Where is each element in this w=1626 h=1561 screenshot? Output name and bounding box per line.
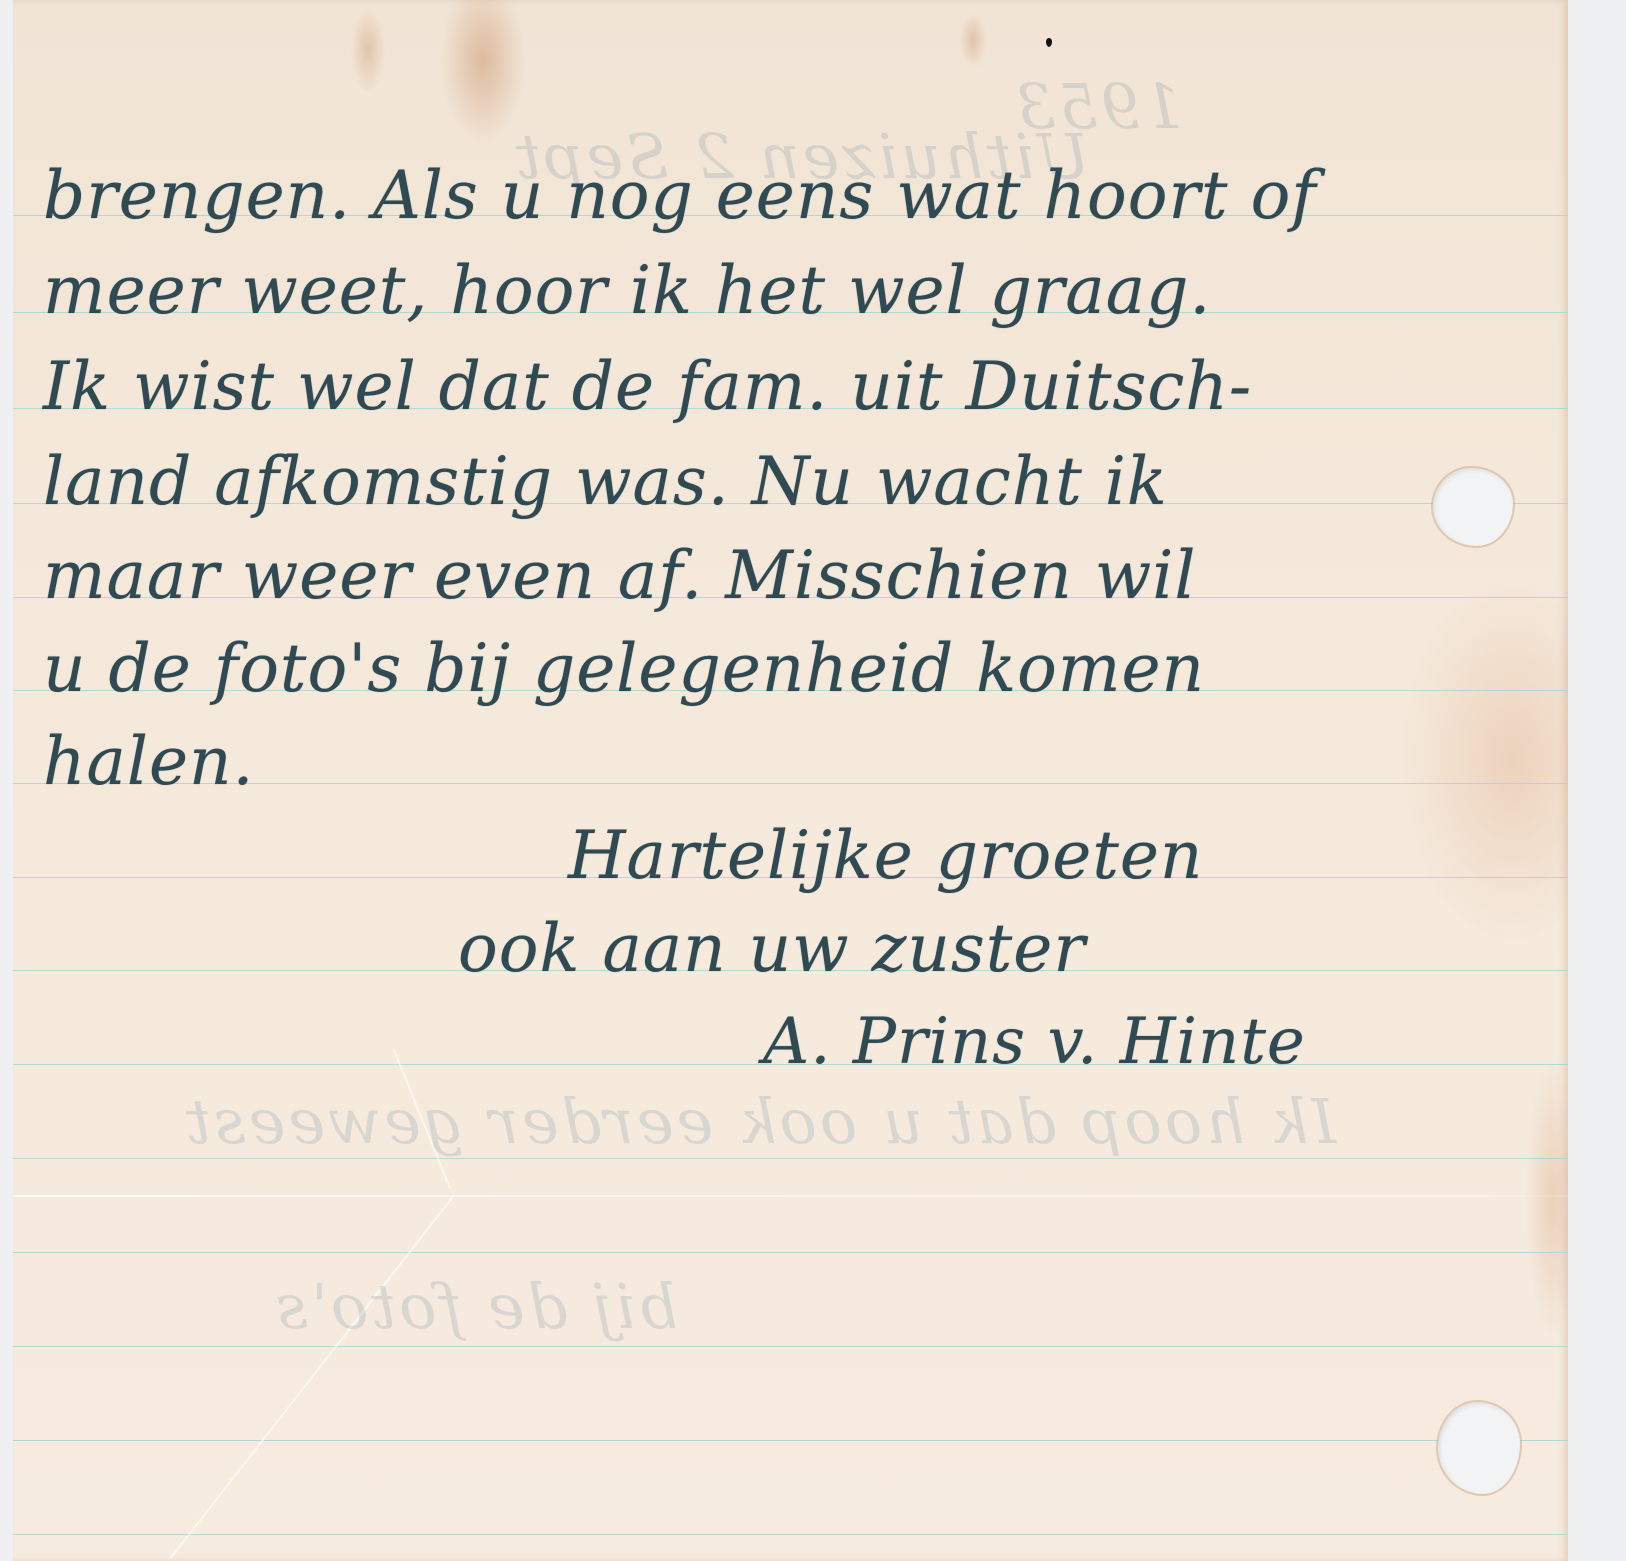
- letter-line-2: meer weet, hoor ik het wel graag.: [43, 258, 1211, 324]
- binder-hole-top: [1433, 468, 1513, 546]
- letter-line-3: Ik wist wel dat de fam. uit Duitsch-: [43, 354, 1252, 420]
- ruled-line: [13, 1534, 1568, 1535]
- lined-paper: 1953 Uithuizen 2 Sept Ik hoop dat u ook …: [13, 0, 1568, 1561]
- closing-greeting: Hartelijke groeten: [568, 823, 1203, 889]
- binder-hole-bottom: [1438, 1402, 1520, 1494]
- letter-line-1: brengen. Als u nog eens wat hoort of: [43, 163, 1317, 229]
- ruled-line: [13, 1252, 1568, 1253]
- horizontal-fold: [13, 1195, 1568, 1197]
- letter-line-7: halen.: [43, 729, 255, 795]
- diagonal-crease: [170, 1195, 455, 1559]
- ruled-line: [13, 1158, 1568, 1159]
- letter-line-5: maar weer even af. Misschien wil: [43, 543, 1196, 609]
- scanned-letter-page: 1953 Uithuizen 2 Sept Ik hoop dat u ook …: [0, 0, 1626, 1561]
- ruled-line: [13, 1440, 1568, 1441]
- ink-dot: [1046, 38, 1052, 47]
- show-through-text: Ik hoop dat u ook eerder geweest: [183, 1085, 1336, 1158]
- show-through-text: bij de foto's: [273, 1270, 678, 1343]
- ruled-line: [13, 1346, 1568, 1347]
- letter-line-6: u de foto's bij gelegenheid komen: [43, 636, 1205, 702]
- closing-greeting-extra: ook aan uw zuster: [458, 916, 1086, 982]
- signature: A. Prins v. Hinte: [763, 1010, 1306, 1074]
- letter-line-4: land afkomstig was. Nu wacht ik: [43, 449, 1168, 515]
